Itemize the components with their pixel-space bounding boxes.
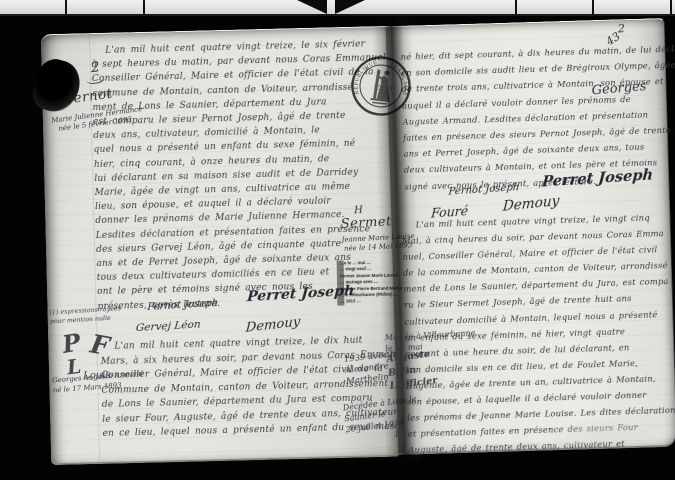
ruler-tick [143, 0, 145, 14]
signature-gervej-leon: Gervej Léon [135, 318, 201, 334]
scanned-register-view: 2 Pernot Marie Julienne Hermance née le … [0, 0, 675, 480]
page-number: 2 [618, 22, 625, 35]
stamp-value-text: 2 [389, 87, 393, 92]
margin-foot-mark: 18 [394, 430, 405, 440]
ruler-tick [592, 0, 594, 14]
margin-note-officer: AugusteBelinL'officier [386, 347, 438, 393]
film-ruler [0, 0, 675, 16]
ruler-tick [670, 0, 672, 14]
republique-francaise-stamp-icon: RÉPUBLIQUE FRANÇAISE 2 [347, 52, 415, 120]
renvoi-note: (1) expressions rayéespour mention nulle [49, 304, 121, 326]
signature-demouy: Demouy [245, 315, 300, 336]
film-marker-icon [297, 0, 365, 14]
register-page-right: 2 43 né hier, dit sept courant, à dix he… [386, 18, 675, 455]
ruler-tick [515, 0, 517, 14]
ruler-tick [65, 0, 67, 14]
